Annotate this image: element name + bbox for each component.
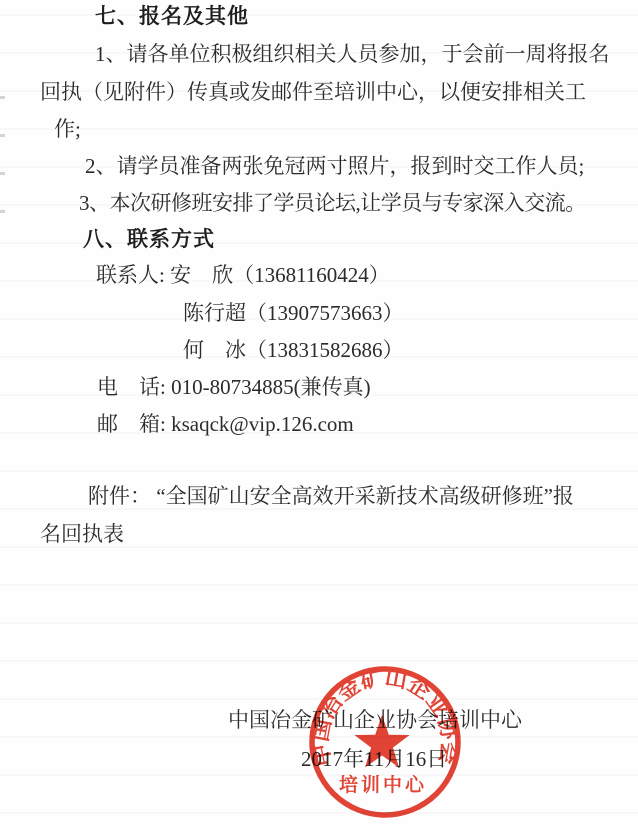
seal-center-text: 培训中心 xyxy=(339,773,427,796)
body-line: 1、请各单位积极组织相关人员参加，于会前一周将报名 xyxy=(95,41,610,67)
contact-person-line: 陈行超（13907573663） xyxy=(183,300,404,326)
seal-star-icon xyxy=(354,715,409,768)
body-line: 回执（见附件）传真或发邮件至培训中心，以便安排相关工 xyxy=(40,79,586,105)
attachment-line: 名回执表 xyxy=(40,521,124,547)
contact-email-line: 邮 箱: ksaqck@vip.126.com xyxy=(97,411,354,437)
scan-artifact xyxy=(0,96,5,246)
official-seal: 中国冶金矿山企业协会 培训中心 xyxy=(305,662,465,822)
contact-person-line: 何 冰（13831582686） xyxy=(183,337,404,363)
body-line: 2、请学员准备两张免冠两寸照片，报到时交工作人员; xyxy=(85,153,584,179)
body-line: 3、本次研修班安排了学员论坛,让学员与专家深入交流。 xyxy=(79,190,586,216)
body-line: 作; xyxy=(54,116,81,142)
contact-person-line: 联系人: 安 欣（13681160424） xyxy=(96,262,390,288)
document-page: 七、报名及其他 1、请各单位积极组织相关人员参加，于会前一周将报名 回执（见附件… xyxy=(0,0,638,829)
section-heading-contact: 八、联系方式 xyxy=(83,226,215,252)
section-heading-registration: 七、报名及其他 xyxy=(95,3,249,29)
attachment-line: 附件： “全国矿山安全高效开采新技术高级研修班”报 xyxy=(88,483,574,509)
contact-phone-line: 电 话: 010-80734885(兼传真) xyxy=(97,374,371,400)
